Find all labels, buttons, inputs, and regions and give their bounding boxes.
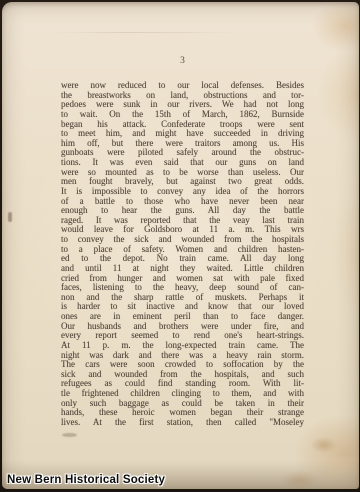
paper-crease [42,32,252,33]
page-number: 3 [61,56,304,66]
watermark-label: New Bern Historical Society [7,474,165,486]
text-line: lives. At the first station, then called… [61,418,304,428]
ink-speck [8,212,12,222]
page-text: were now reduced to our local defenses. … [61,81,304,428]
book-page: 3 were now reduced to our local defenses… [2,2,359,489]
ink-smudge [62,433,77,437]
scanned-page-photo: 3 were now reduced to our local defenses… [0,0,360,492]
